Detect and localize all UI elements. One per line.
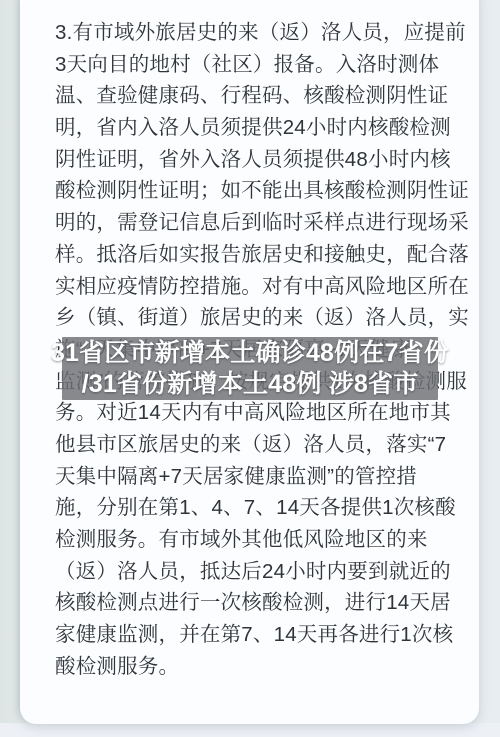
article-line: 温、查验健康码、行程码、核酸检测阴性证 (55, 80, 479, 112)
article-line: 他县市区旅居史的来（返）洛人员，落实“7 (55, 429, 479, 461)
article-line: 酸检测服务。 (55, 651, 479, 683)
article-line: 明的，需登记信息后到临时采样点进行现场采 (55, 207, 479, 239)
headline-line-2: /31省份新增本土48例 涉8省市 (82, 369, 419, 400)
article-line: 施，分别在第1、4、7、14天各提供1次核酸 (55, 492, 479, 524)
article-line: 阴性证明，省外入洛人员须提供48小时内核 (55, 144, 479, 176)
article-line: 家健康监测，并在第7、14天再各进行1次核 (55, 619, 479, 651)
article-line: 天集中隔离+7天居家健康监测”的管控措 (55, 461, 479, 493)
article-line: 务。对近14天内有中高风险地区所在地市其 (55, 397, 479, 429)
article-line: 乡（镇、街道）旅居史的来（返）洛人员，实 (55, 302, 479, 334)
article-line: 样。抵洛后如实报告旅居史和接触史，配合落 (55, 239, 479, 271)
article-line: 酸检测阴性证明；如不能出具核酸检测阴性证 (55, 175, 479, 207)
article-line: 3.有市域外旅居史的来（返）洛人员，应提前 (55, 17, 479, 49)
video-frame: 3.有市域外旅居史的来（返）洛人员，应提前 3天向目的地村（社区）报备。入洛时测… (0, 0, 500, 737)
article-line: 明，省内入洛人员须提供24小时内核酸检测 (55, 112, 479, 144)
headline-overlay: 31省区市新增本土确诊48例在7省份 /31省份新增本土48例 涉8省市 (62, 337, 438, 400)
article-line: （返）洛人员，抵达后24小时内要到就近的 (55, 556, 479, 588)
article-line: 3天向目的地村（社区）报备。入洛时测体 (55, 49, 479, 81)
article-line: 实相应疫情防控措施。对有中高风险地区所在 (55, 271, 479, 303)
article-line: 检测服务。有市域外其他低风险地区的来 (55, 524, 479, 556)
headline-line-1: 31省区市新增本土确诊48例在7省份 (51, 338, 449, 369)
article-line: 核酸检测点进行一次核酸检测，进行14天居 (55, 587, 479, 619)
